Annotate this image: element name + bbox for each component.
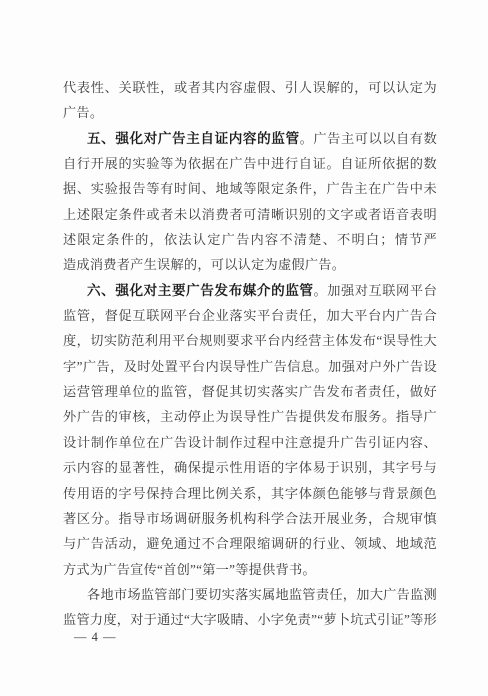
body-text: 方式为广告宣传“首创”“第一”等提供背书。: [63, 562, 316, 577]
body-text: 监管，督促互联网平台企业落实平台责任，加大平台内广告合规力: [63, 308, 437, 328]
text-line: 监管，督促互联网平台企业落实平台责任，加大平台内广告合规力: [63, 303, 437, 328]
text-line: 造成消费者产生误解的，可以认定为虚假广告。: [63, 252, 437, 277]
text-line: 与广告活动，避免通过不合理限缩调研的行业、领域、地域范围等: [63, 531, 437, 556]
body-text: 广告。: [63, 105, 103, 120]
body-text: 度，切实防范利用平台规则要求平台内经营主体发布“误导性大小: [63, 333, 437, 353]
body-text: 示内容的显著性，确保提示性用语的字体易于识别，其字号与主宣: [63, 460, 437, 480]
text-line: 自行开展的实验等为依据在广告中进行自证。自证所依据的数: [63, 151, 437, 176]
text-line: 上述限定条件或者未以消费者可清晰识别的文字或者语音表明上: [63, 202, 437, 227]
text-line: 广告。: [63, 100, 437, 125]
text-line: 监管力度，对于通过“大字吸睛、小字免责”“萝卜坑式引证”等形式: [63, 607, 437, 632]
body-text: 述限定条件的，依法认定广告内容不清楚、不明白；情节严重，可能: [63, 232, 437, 252]
body-text: 自行开展的实验等为依据在广告中进行自证。自证所依据的数: [63, 156, 437, 171]
text-line: 外广告的审核，主动停止为误导性广告提供发布服务。指导广告: [63, 404, 437, 429]
body-text: 设计制作单位在广告设计制作过程中注意提升广告引证内容、提: [63, 435, 437, 455]
text-line: 著区分。指导市场调研服务机构科学合法开展业务，合规审慎参: [63, 506, 437, 531]
body-text: 传用语的字号保持合理比例关系，其字体颜色能够与背景颜色显: [63, 486, 437, 506]
page-number: — 4 —: [74, 630, 117, 645]
body-text: 造成消费者产生误解的，可以认定为虚假广告。: [63, 257, 345, 272]
body-text: 字”广告，及时处置平台内误导性广告信息。加强对户外广告设施: [63, 359, 437, 379]
body-text: 运营管理单位的监管，督促其切实落实广告发布者责任，做好对户: [63, 384, 437, 404]
text-line: 方式为广告宣传“首创”“第一”等提供背书。: [63, 557, 437, 582]
body-text: 著区分。指导市场调研服务机构科学合法开展业务，合规审慎参: [63, 511, 437, 531]
text-line: 各地市场监管部门要切实落实属地监管责任，加大广告监测: [63, 582, 437, 607]
document-page: 代表性、关联性，或者其内容虚假、引人误解的，可以认定为虚假广告。五、强化对广告主…: [0, 0, 488, 696]
body-text: 监管力度，对于通过“大字吸睛、小字免责”“萝卜坑式引证”等形式: [63, 612, 437, 632]
text-line: 述限定条件的，依法认定广告内容不清楚、不明白；情节严重，可能: [63, 227, 437, 252]
text-line: 据、实验报告等有时间、地域等限定条件，广告主在广告中未表明: [63, 176, 437, 201]
document-body: 代表性、关联性，或者其内容虚假、引人误解的，可以认定为虚假广告。五、强化对广告主…: [63, 75, 437, 633]
body-text: 据、实验报告等有时间、地域等限定条件，广告主在广告中未表明: [63, 181, 437, 201]
text-line: 示内容的显著性，确保提示性用语的字体易于识别，其字号与主宣: [63, 455, 437, 480]
body-text: 外广告的审核，主动停止为误导性广告提供发布服务。指导广告: [63, 409, 437, 429]
text-line: 度，切实防范利用平台规则要求平台内经营主体发布“误导性大小: [63, 328, 437, 353]
text-line: 传用语的字号保持合理比例关系，其字体颜色能够与背景颜色显: [63, 481, 437, 506]
body-text: 与广告活动，避免通过不合理限缩调研的行业、领域、地域范围等: [63, 536, 437, 556]
body-text: 上述限定条件或者未以消费者可清晰识别的文字或者语音表明上: [63, 207, 437, 227]
text-line: 代表性、关联性，或者其内容虚假、引人误解的，可以认定为虚假: [63, 75, 437, 100]
body-text: 各地市场监管部门要切实落实属地监管责任，加大广告监测: [87, 587, 437, 602]
text-line: 六、强化对主要广告发布媒介的监管。加强对互联网平台的: [63, 278, 437, 303]
section-heading-text: 六、强化对主要广告发布媒介的监管: [87, 283, 314, 298]
text-line: 运营管理单位的监管，督促其切实落实广告发布者责任，做好对户: [63, 379, 437, 404]
text-line: 设计制作单位在广告设计制作过程中注意提升广告引证内容、提: [63, 430, 437, 455]
text-line: 字”广告，及时处置平台内误导性广告信息。加强对户外广告设施: [63, 354, 437, 379]
section-heading-text: 五、强化对广告主自证内容的监管: [87, 131, 300, 146]
text-line: 五、强化对广告主自证内容的监管。广告主可以以自有数据、: [63, 126, 437, 151]
body-text: 代表性、关联性，或者其内容虚假、引人误解的，可以认定为虚假: [63, 80, 437, 100]
